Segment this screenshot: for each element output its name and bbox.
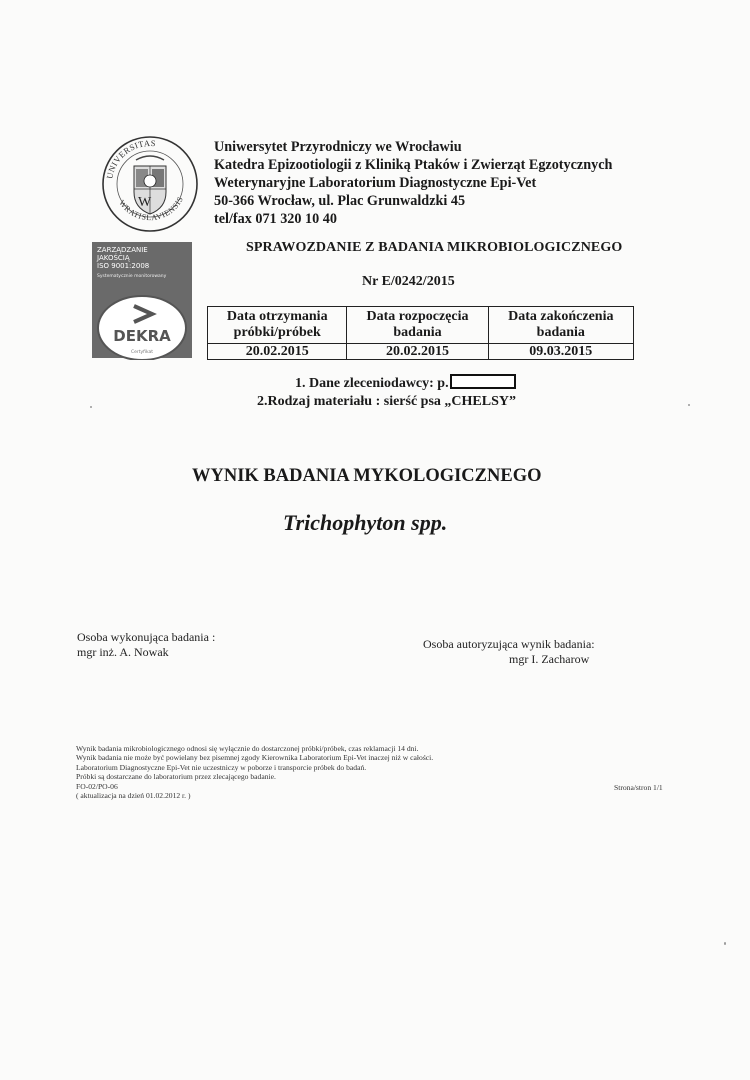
- svg-text:Certyfikat: Certyfikat: [131, 349, 153, 355]
- material-type: 2.Rodzaj materiału : sierść psa „CHELSY”: [257, 394, 516, 410]
- report-title: SPRAWOZDANIE Z BADANIA MIKROBIOLOGICZNEG…: [246, 240, 622, 256]
- client-info: 1. Dane zleceniodawcy: p.: [295, 376, 516, 392]
- institution-header: Uniwersytet Przyrodniczy we Wrocławiu Ka…: [214, 138, 612, 228]
- header-end-date: Data zakończeniabadania: [488, 307, 633, 344]
- report-number: Nr E/0242/2015: [362, 274, 455, 290]
- header-start-date: Data rozpoczęciabadania: [347, 307, 488, 344]
- scan-speck: [724, 942, 726, 945]
- laboratory-name: Weterynaryjne Laboratorium Diagnostyczne…: [214, 174, 612, 192]
- dates-table: Data otrzymaniapróbki/próbek Data rozpoc…: [207, 306, 634, 360]
- start-date: 20.02.2015: [347, 344, 488, 360]
- table-header-row: Data otrzymaniapróbki/próbek Data rozpoc…: [208, 307, 634, 344]
- redacted-client-name: [450, 374, 516, 389]
- authorizer-label: Osoba autoryzująca wynik badania:: [423, 637, 595, 652]
- phone-fax: tel/fax 071 320 10 40: [214, 210, 612, 228]
- performer-signature: Osoba wykonująca badania : mgr inż. A. N…: [77, 630, 215, 660]
- performer-name: mgr inż. A. Nowak: [77, 645, 215, 660]
- university-name: Uniwersytet Przyrodniczy we Wrocławiu: [214, 138, 612, 156]
- svg-text:ISO 9001:2008: ISO 9001:2008: [97, 262, 149, 270]
- address: 50-366 Wrocław, ul. Plac Grunwaldzki 45: [214, 192, 612, 210]
- footer-line: Próbki są dostarczane do laboratorium pr…: [76, 772, 433, 781]
- dekra-certification-icon: ZARZĄDZANIE JAKOŚCIĄ ISO 9001:2008 Syste…: [90, 240, 194, 360]
- result-heading: WYNIK BADANIA MYKOLOGICZNEGO: [192, 466, 541, 487]
- form-code: FO-02/PO-06: [76, 782, 433, 791]
- university-seal-icon: UNIVERSITAS WRATISLAVIENSIS W: [100, 134, 200, 234]
- scan-speck: [688, 404, 690, 406]
- svg-text:W: W: [138, 195, 152, 210]
- svg-text:Systematycznie monitorowany: Systematycznie monitorowany: [97, 273, 167, 279]
- client-label: 1. Dane zleceniodawcy: p.: [295, 376, 449, 391]
- department-name: Katedra Epizootiologii z Kliniką Ptaków …: [214, 156, 612, 174]
- footer-line: Wynik badania mikrobiologicznego odnosi …: [76, 744, 433, 753]
- svg-text:DEKRA: DEKRA: [113, 327, 171, 345]
- svg-text:JAKOŚCIĄ: JAKOŚCIĄ: [96, 253, 130, 262]
- result-value: Trichophyton spp.: [283, 510, 447, 536]
- received-date: 20.02.2015: [208, 344, 347, 360]
- svg-text:ZARZĄDZANIE: ZARZĄDZANIE: [97, 246, 148, 254]
- scan-speck: [90, 406, 92, 408]
- performer-label: Osoba wykonująca badania :: [77, 630, 215, 645]
- header-received-date: Data otrzymaniapróbki/próbek: [208, 307, 347, 344]
- table-row: 20.02.2015 20.02.2015 09.03.2015: [208, 344, 634, 360]
- footer-notes: Wynik badania mikrobiologicznego odnosi …: [76, 744, 433, 800]
- footer-line: Laboratorium Diagnostyczne Epi-Vet nie u…: [76, 763, 433, 772]
- update-date: ( aktualizacja na dzień 01.02.2012 r. ): [76, 791, 433, 800]
- authorizer-name: mgr I. Zacharow: [509, 652, 589, 667]
- footer-line: Wynik badania nie może być powielany bez…: [76, 753, 433, 762]
- end-date: 09.03.2015: [488, 344, 633, 360]
- page-number: Strona/stron 1/1: [614, 783, 663, 792]
